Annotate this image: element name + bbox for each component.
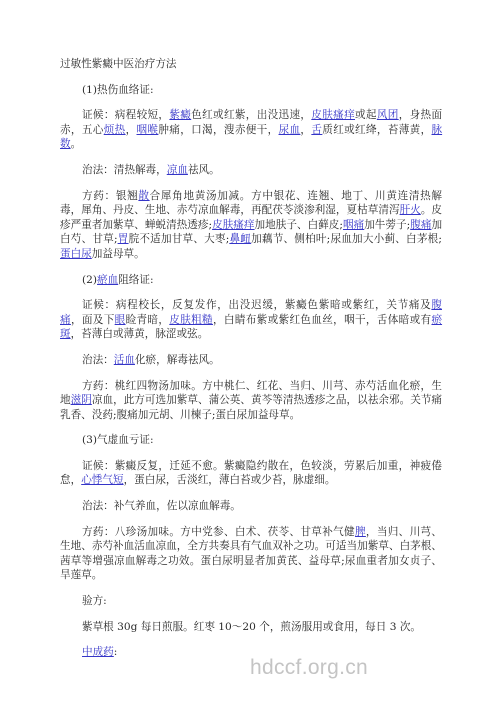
section-3-heading: (3)气虚血亏证: [60, 433, 442, 448]
empirical-body: 紫草根 30g 每日煎服。红枣 10～20 个，煎汤服用或食用，每日 3 次。 [60, 620, 442, 635]
term-link[interactable]: 瘀血 [97, 274, 118, 286]
term-link[interactable]: 咽喉 [137, 124, 159, 136]
text-run: 脘不适加甘草、大枣; [129, 233, 230, 245]
text-run: 证候：病程较短， [82, 109, 169, 121]
term-link[interactable]: 心悸气短 [81, 474, 123, 486]
section-1-symptoms: 证候：病程较短，紫癜色红或红紫，出没迅速，皮肤瘙痒或起风团，身热面赤，五心烦热，… [60, 108, 442, 152]
text-run: ，白睛布紫或紫红色血丝，咽干，舌体暗或有 [213, 314, 431, 326]
watermark: hdccf.org.cn [250, 656, 368, 680]
patent-medicine-colon: : [114, 646, 118, 658]
text-run: 色红或红紫，出没迅速， [191, 109, 311, 121]
text-run: 凉血，此方可选加紫草、蒲公英、黄芩等清热透疹之品，以祛余邪。关节痛乳香、没药;腹… [60, 394, 442, 421]
text-run: 加牛蒡子; [364, 219, 410, 231]
term-link[interactable]: 脾 [355, 526, 366, 538]
term-link[interactable]: 散 [138, 190, 149, 202]
text-run: 肿痛，口渴，溲赤便干， [158, 124, 278, 136]
text-run: 治法： [82, 354, 114, 366]
patent-medicine-link[interactable]: 中成药 [82, 646, 114, 658]
text-run: ， [300, 124, 311, 136]
term-link[interactable]: 眼 [115, 314, 126, 326]
term-link[interactable]: 皮肤瘙痒 [311, 109, 355, 121]
term-link[interactable]: 凉血 [167, 164, 188, 176]
section-2-therapy: 治法：活血化瘀，解毒祛风。 [60, 353, 442, 368]
section-2-symptoms: 证候：病程校长，反复发作，出没迟缓，紫癜色紫暗或紫红，关节痛及腹痛，面及下眼睑青… [60, 298, 442, 342]
text-run: 或起 [355, 109, 377, 121]
text-run: 加藕节、侧柏叶;尿血加大小蓟、白茅根; [251, 233, 442, 245]
text-run: ，面及下 [71, 314, 115, 326]
section-2-heading: (2)瘀血阻络证: [60, 273, 442, 288]
text-run: 证候：病程校长，反复发作，出没迟缓，紫癜色紫暗或紫红，关节痛及 [82, 299, 431, 311]
text-run: 化瘀，解毒祛风。 [135, 354, 220, 366]
text-run: ，蛋白尿，舌淡红，薄白苔或少苔，脉虚细。 [124, 474, 336, 486]
term-link[interactable]: 蛋白尿 [60, 248, 92, 260]
term-link[interactable]: 舌 [311, 124, 322, 136]
term-link[interactable]: 滋阴 [71, 394, 92, 406]
section-2-formula: 方药：桃红四物汤加味。方中桃仁、红花、当归、川芎、赤芍活血化瘀，生地滋阴凉血，此… [60, 379, 442, 423]
term-link[interactable]: 皮肤瘙痒 [212, 219, 254, 231]
term-link[interactable]: 腹痛 [410, 219, 431, 231]
section-1-heading: (1)热伤血络证: [60, 83, 442, 98]
term-link[interactable]: 咽痛 [343, 219, 364, 231]
section-3-therapy: 治法：补气养血，佐以凉血解毒。 [60, 499, 442, 514]
text-run: 治法：清热解毒， [82, 164, 167, 176]
text-run: ， [126, 124, 137, 136]
term-link[interactable]: 烦热 [104, 124, 126, 136]
term-link[interactable]: 尿血 [279, 124, 301, 136]
section-1-formula: 方药：银翘散合犀角地黄汤加减。方中银花、连翘、地丁、川黄连清热解毒，犀角、丹皮、… [60, 189, 442, 262]
empirical-heading: 验方: [60, 594, 442, 609]
term-link[interactable]: 胃 [118, 233, 129, 245]
term-link[interactable]: 鼻衄 [229, 233, 251, 245]
text-run: 加地肤子、白藓皮; [255, 219, 343, 231]
document-page: 过敏性紫癜中医治疗方法 (1)热伤血络证: 证候：病程较短，紫癜色红或红紫，出没… [60, 57, 442, 671]
text-run: 。 [71, 138, 82, 150]
section-1-therapy: 治法：清热解毒，凉血祛风。 [60, 163, 442, 178]
text-run: 祛风。 [188, 164, 220, 176]
text-run: 方药：八珍汤加味。方中党参、白术、茯苓、甘草补气健 [82, 526, 355, 538]
term-link[interactable]: 皮肤粗糙 [169, 314, 213, 326]
section-3-formula: 方药：八珍汤加味。方中党参、白术、茯苓、甘草补气健脾，当归、川芎、生地、赤芍补血… [60, 525, 442, 583]
term-link[interactable]: 活血 [114, 354, 135, 366]
term-link[interactable]: 肝火 [400, 204, 421, 216]
term-link[interactable]: 风团 [377, 109, 399, 121]
text-run: 方药：银翘 [82, 190, 138, 202]
document-title: 过敏性紫癜中医治疗方法 [60, 57, 442, 72]
section-3-symptoms: 证候：紫癜反复，迁延不愈。紫癜隐约散在，色较淡，劳累后加重，神疲倦怠，心悸气短，… [60, 459, 442, 488]
text-run: (2) [82, 274, 97, 286]
term-link[interactable]: 紫癜 [169, 109, 191, 121]
text-run: ，苔薄白或薄黄，脉涩或弦。 [71, 328, 209, 340]
text-run: 睑青暗， [126, 314, 170, 326]
text-run: 阻络证: [118, 274, 153, 286]
text-run: 质红或红绛，苔薄黄， [322, 124, 431, 136]
text-run: 治法：补气养血，佐以凉血解毒。 [82, 500, 241, 512]
text-run: 加益母草。 [92, 248, 145, 260]
